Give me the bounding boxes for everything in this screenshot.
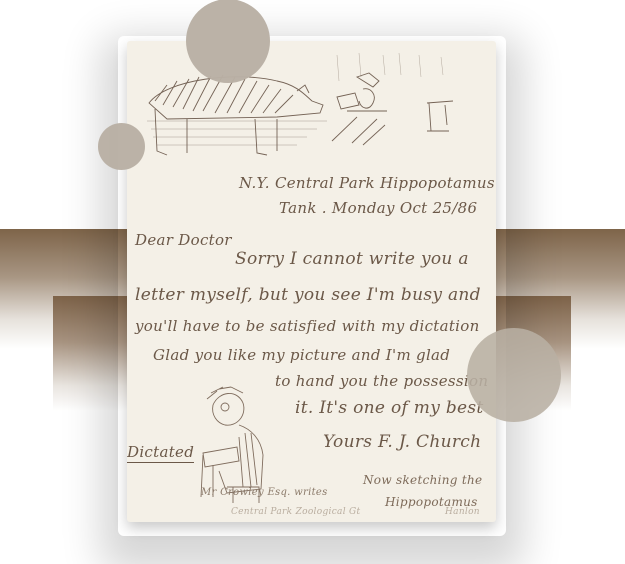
letter-body-line-2: letter myself, but you see I'm busy and (135, 285, 481, 305)
letter-body-line-5: to hand you the possession (275, 372, 488, 390)
postscript-line-1: Now sketching the (363, 473, 482, 487)
faint-footer: Central Park Zoological Gt (231, 507, 360, 517)
letter-signature: Yours F. J. Church (323, 432, 481, 452)
letter-body-line-6: it. It's one of my best (295, 398, 484, 418)
decorative-circle-right (467, 328, 561, 422)
letter-header-line-1: N.Y. Central Park Hippopotamus (239, 174, 495, 192)
seated-figure-sketch-icon (201, 387, 263, 503)
handwritten-letter: N.Y. Central Park Hippopotamus Tank . Mo… (127, 41, 496, 522)
letter-header-line-2: Tank . Monday Oct 25/86 (279, 199, 477, 217)
letter-body-line-3: you'll have to be satisfied with my dict… (135, 317, 480, 335)
artist-sketch-icon (332, 53, 453, 145)
decorative-circle-large-top (186, 0, 270, 83)
decorative-circle-small-left (98, 123, 145, 170)
sketch-caption: Mr Crowley Esq. writes (201, 487, 328, 498)
letter-body-line-4: Glad you like my picture and I'm glad (153, 346, 450, 364)
letter-salutation: Dear Doctor (135, 231, 232, 249)
hippopotamus-sketch-icon (147, 75, 327, 155)
faint-footer-right: Hanlon (445, 507, 480, 517)
letter-body-line-1: Sorry I cannot write you a (235, 249, 469, 269)
dictated-label: Dictated (127, 443, 194, 463)
